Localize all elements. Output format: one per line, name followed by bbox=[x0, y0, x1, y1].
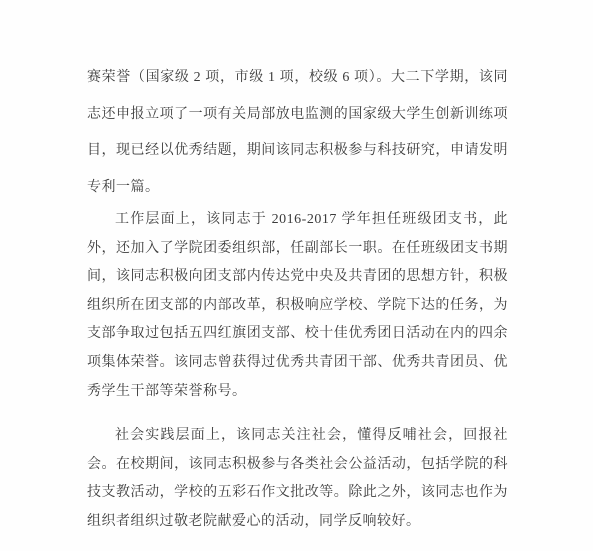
paragraph-2: 工作层面上，该同志于 2016-2017 学年担任班级团支书，此外，还加入了学院… bbox=[87, 206, 508, 406]
document-page: 赛荣誉（国家级 2 项，市级 1 项，校级 6 项）。大二下学期，该同志还申报立… bbox=[0, 0, 593, 551]
paragraph-3: 社会实践层面上，该同志关注社会，懂得反哺社会，回报社会。在校期间，该同志积极参与… bbox=[87, 422, 508, 536]
document-text-block: 赛荣誉（国家级 2 项，市级 1 项，校级 6 项）。大二下学期，该同志还申报立… bbox=[87, 60, 508, 537]
paragraph-1: 赛荣誉（国家级 2 项，市级 1 项，校级 6 项）。大二下学期，该同志还申报立… bbox=[87, 60, 508, 206]
